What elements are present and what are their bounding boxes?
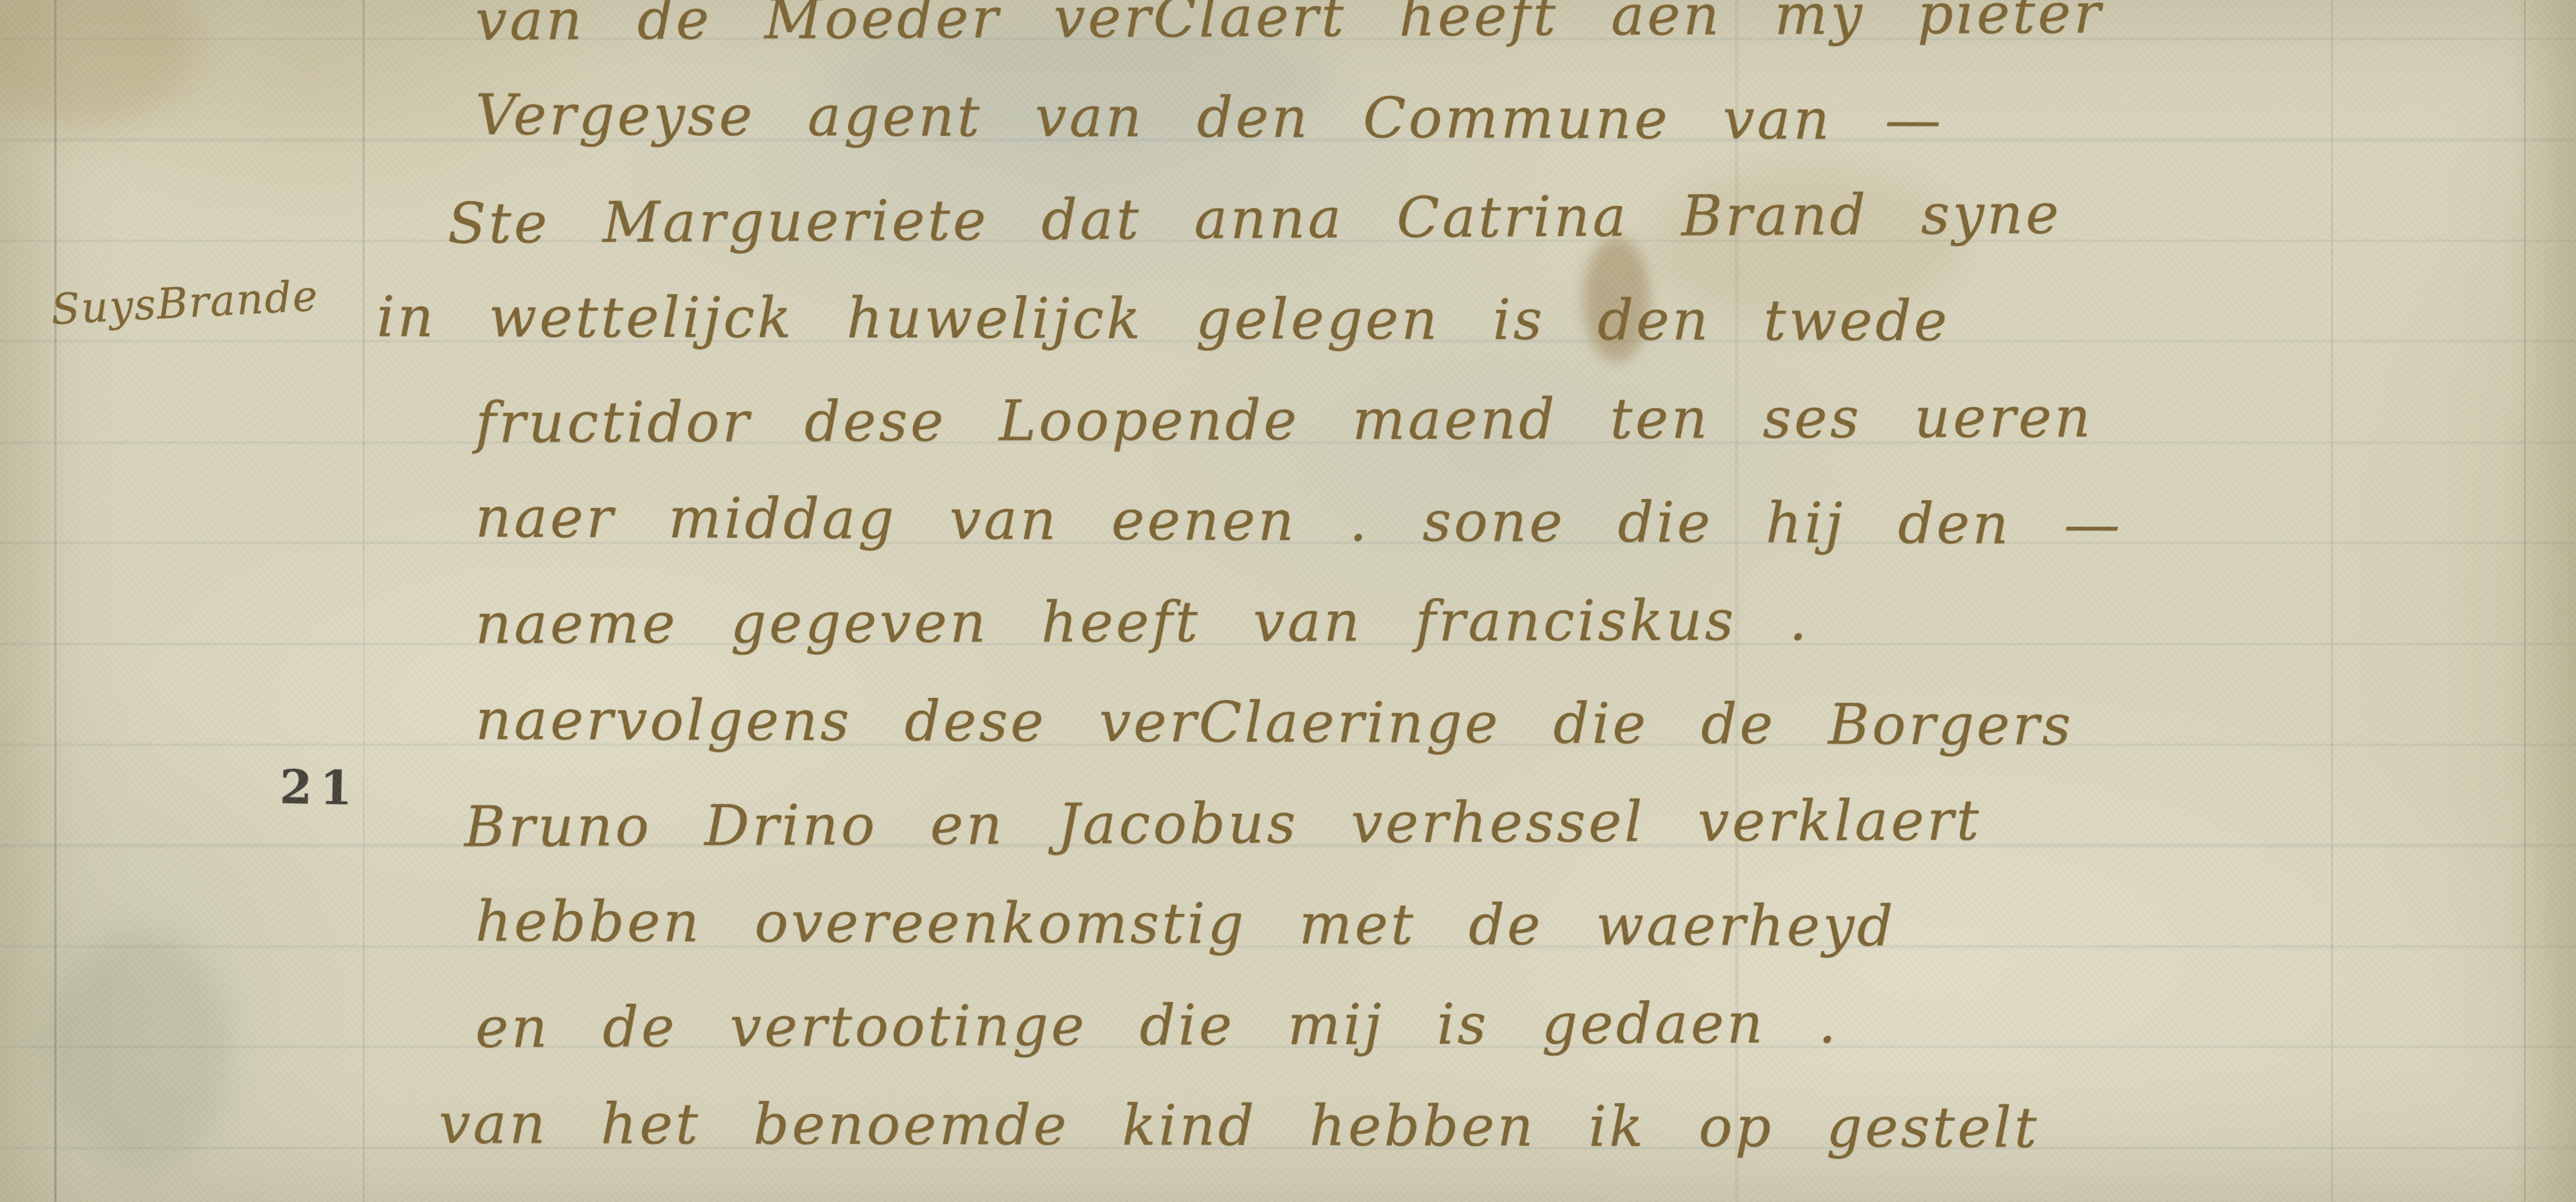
- manuscript-line-8: naervolgens dese verClaeringe die de Bor…: [0, 667, 2576, 777]
- manuscript-line-3: Ste Margueriete dat anna Catrina Brand s…: [0, 160, 2576, 276]
- manuscript-line-6: naer middag van eenen . sone die hij den…: [0, 465, 2576, 577]
- manuscript-line-2: Vergeyse agent van den Commune van —: [0, 63, 2576, 172]
- manuscript-page: SuysBrande 21 van de Moeder verClaert he…: [0, 0, 2576, 1202]
- manuscript-line-11: en de vertootinge die mij is gedaen .: [0, 970, 2576, 1080]
- manuscript-line-1: van de Moeder verClaert heeft aen my pie…: [0, 0, 2576, 73]
- manuscript-line-7: naeme gegeven heeft van franciskus .: [0, 568, 2576, 675]
- manuscript-line-9: Bruno Drino en Jacobus verhessel verklae…: [0, 767, 2576, 879]
- manuscript-line-5: fructidor dese Loopende maend ten ses ue…: [0, 365, 2576, 475]
- manuscript-text-block: van de Moeder verClaert heeft aen my pie…: [0, 0, 2576, 1176]
- manuscript-line-12: van het benoemde kind hebben ik op geste…: [0, 1072, 2576, 1179]
- manuscript-line-10: hebben overeenkomstig met de waerheyd: [0, 869, 2576, 979]
- manuscript-line-4: in wettelijck huwelijck gelegen is den t…: [0, 265, 2576, 373]
